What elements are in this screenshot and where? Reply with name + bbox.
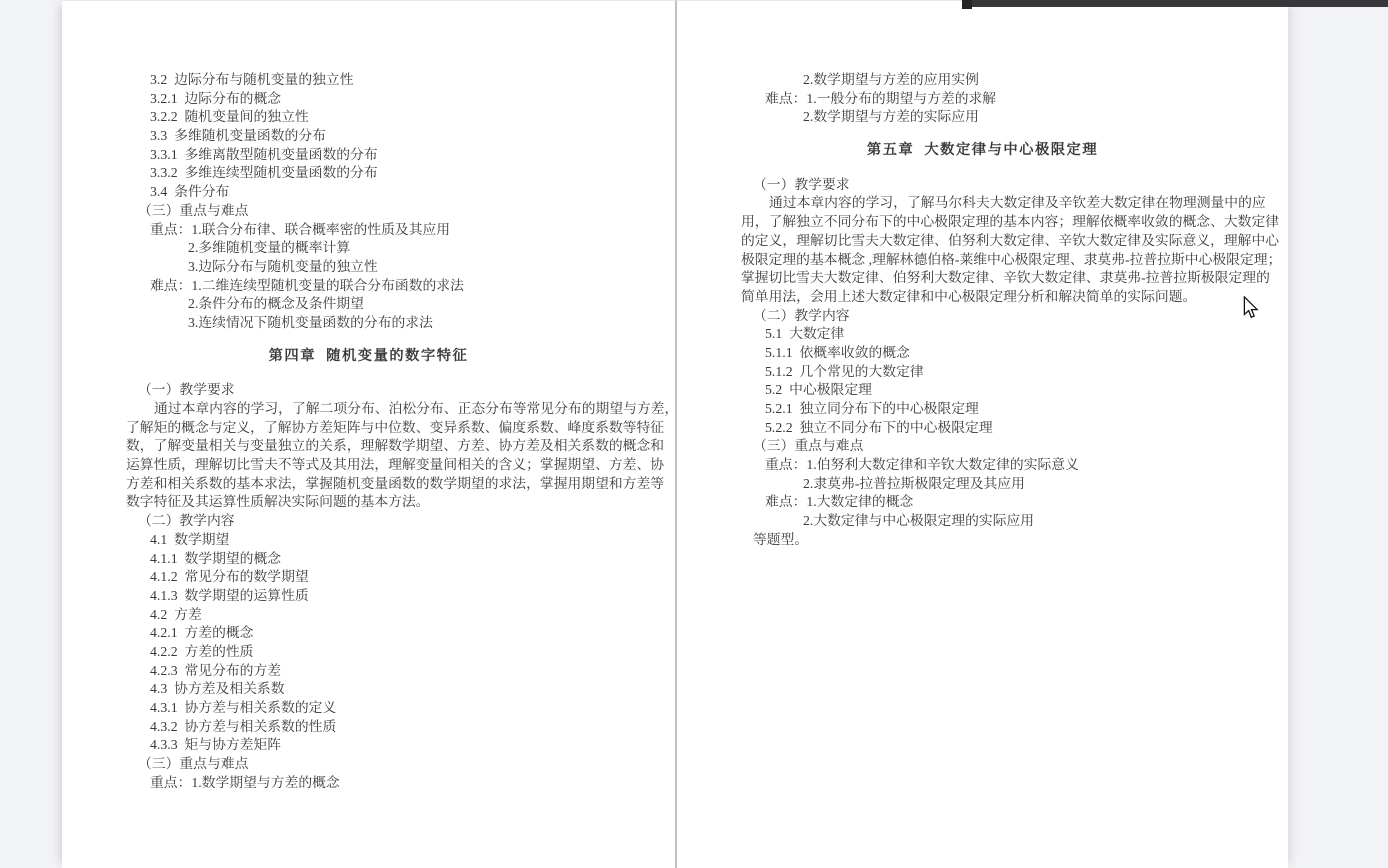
text-line: 掌握切比雪夫大数定律、伯努利大数定律、辛钦大数定律、隶莫弗-拉普拉斯极限定理的 — [677, 269, 1288, 288]
top-toolbar-strip — [962, 0, 1388, 7]
text-line: （三）重点与难点 — [677, 437, 1288, 456]
toolbar-notch — [962, 0, 972, 9]
page-left: 3.2 边际分布与随机变量的独立性3.2.1 边际分布的概念3.2.2 随机变量… — [62, 0, 675, 868]
text-line: 方差和相关系数的基本求法，掌握随机变量函数的数学期望的求法，掌握用期望和方差等 — [62, 475, 675, 494]
text-line: （三）重点与难点 — [62, 202, 675, 221]
text-line: 运算性质，理解切比雪夫不等式及其用法，理解变量间相关的含义；掌握期望、方差、协 — [62, 456, 675, 475]
text-line: 5.1.2 几个常见的大数定律 — [677, 363, 1288, 382]
text-line: 3.2.2 随机变量间的独立性 — [62, 108, 675, 127]
text-line: 4.1.3 数学期望的运算性质 — [62, 587, 675, 606]
text-line: （二）教学内容 — [62, 512, 675, 531]
text-line: （三）重点与难点 — [62, 755, 675, 774]
text-line: 4.2.1 方差的概念 — [62, 624, 675, 643]
text-line: 3.3.2 多维连续型随机变量函数的分布 — [62, 164, 675, 183]
text-line: 3.2.1 边际分布的概念 — [62, 90, 675, 109]
text-line: 3.3.1 多维离散型随机变量函数的分布 — [62, 146, 675, 165]
text-line: 5.2.1 独立同分布下的中心极限定理 — [677, 400, 1288, 419]
text-line: 5.2.2 独立不同分布下的中心极限定理 — [677, 419, 1288, 438]
text-line: 4.3.1 协方差与相关系数的定义 — [62, 699, 675, 718]
text-line: 5.2 中心极限定理 — [677, 381, 1288, 400]
text-line: 的定义，理解切比雪夫大数定律、伯努利大数定律、辛钦大数定律及实际意义，理解中心 — [677, 232, 1288, 251]
text-line: 3.2 边际分布与随机变量的独立性 — [62, 71, 675, 90]
text-line: 等题型。 — [677, 531, 1288, 550]
text-line: 2.隶莫弗-拉普拉斯极限定理及其应用 — [677, 475, 1288, 494]
text-line: 2.数学期望与方差的实际应用 — [677, 108, 1288, 127]
text-line: （一）教学要求 — [62, 381, 675, 400]
text-line: 5.1 大数定律 — [677, 325, 1288, 344]
text-line: 5.1.1 依概率收敛的概念 — [677, 344, 1288, 363]
text-line: 重点：1.数学期望与方差的概念 — [62, 774, 675, 793]
chapter-heading: 第五章 大数定律与中心极限定理 — [677, 127, 1288, 176]
text-line: 4.1.1 数学期望的概念 — [62, 550, 675, 569]
text-line: 通过本章内容的学习，了解二项分布、泊松分布、正态分布等常见分布的期望与方差， — [62, 400, 675, 419]
text-line: 4.2.3 常见分布的方差 — [62, 662, 675, 681]
text-line: （一）教学要求 — [677, 176, 1288, 195]
text-line: 4.3.2 协方差与相关系数的性质 — [62, 718, 675, 737]
text-line: 极限定理的基本概念 ,理解林德伯格-莱维中心极限定理、隶莫弗-拉普拉斯中心极限定… — [677, 251, 1288, 270]
text-line: 了解矩的概念与定义，了解协方差矩阵与中位数、变异系数、偏度系数、峰度系数等特征 — [62, 419, 675, 438]
text-line: 3.边际分布与随机变量的独立性 — [62, 258, 675, 277]
text-line: 2.多维随机变量的概率计算 — [62, 239, 675, 258]
text-line: 通过本章内容的学习，了解马尔科夫大数定律及辛钦差大数定律在物理测量中的应 — [677, 194, 1288, 213]
text-line: 难点：1.二维连续型随机变量的联合分布函数的求法 — [62, 277, 675, 296]
text-line: 3.连续情况下随机变量函数的分布的求法 — [62, 314, 675, 333]
text-line: 简单用法，会用上述大数定律和中心极限定理分析和解决简单的实际问题。 — [677, 288, 1288, 307]
chapter-heading: 第四章 随机变量的数字特征 — [62, 333, 675, 382]
text-line: 重点：1.联合分布律、联合概率密的性质及其应用 — [62, 221, 675, 240]
text-line: 3.3 多维随机变量函数的分布 — [62, 127, 675, 146]
text-line: 难点：1.大数定律的概念 — [677, 493, 1288, 512]
text-line: 4.3 协方差及相关系数 — [62, 680, 675, 699]
text-line: 4.3.3 矩与协方差矩阵 — [62, 736, 675, 755]
text-line: 数字特征及其运算性质解决实际问题的基本方法。 — [62, 493, 675, 512]
document-viewer[interactable]: 3.2 边际分布与随机变量的独立性3.2.1 边际分布的概念3.2.2 随机变量… — [0, 0, 1388, 868]
text-line: （二）教学内容 — [677, 307, 1288, 326]
text-line: 2.数学期望与方差的应用实例 — [677, 71, 1288, 90]
text-line: 用，了解独立不同分布下的中心极限定理的基本内容；理解依概率收敛的概念、大数定律 — [677, 213, 1288, 232]
text-line: 4.2.2 方差的性质 — [62, 643, 675, 662]
text-line: 难点：1.一般分布的期望与方差的求解 — [677, 90, 1288, 109]
text-line: 数，了解变量相关与变量独立的关系，理解数学期望、方差、协方差及相关系数的概念和 — [62, 437, 675, 456]
text-line: 重点：1.伯努利大数定律和辛钦大数定律的实际意义 — [677, 456, 1288, 475]
page-right: 2.数学期望与方差的应用实例难点：1.一般分布的期望与方差的求解2.数学期望与方… — [675, 0, 1288, 868]
text-line: 3.4 条件分布 — [62, 183, 675, 202]
page-left-content: 3.2 边际分布与随机变量的独立性3.2.1 边际分布的概念3.2.2 随机变量… — [62, 1, 675, 792]
text-line: 4.1.2 常见分布的数学期望 — [62, 568, 675, 587]
text-line: 4.1 数学期望 — [62, 531, 675, 550]
page-right-content: 2.数学期望与方差的应用实例难点：1.一般分布的期望与方差的求解2.数学期望与方… — [677, 1, 1288, 550]
text-line: 2.大数定律与中心极限定理的实际应用 — [677, 512, 1288, 531]
text-line: 4.2 方差 — [62, 606, 675, 625]
text-line: 2.条件分布的概念及条件期望 — [62, 295, 675, 314]
